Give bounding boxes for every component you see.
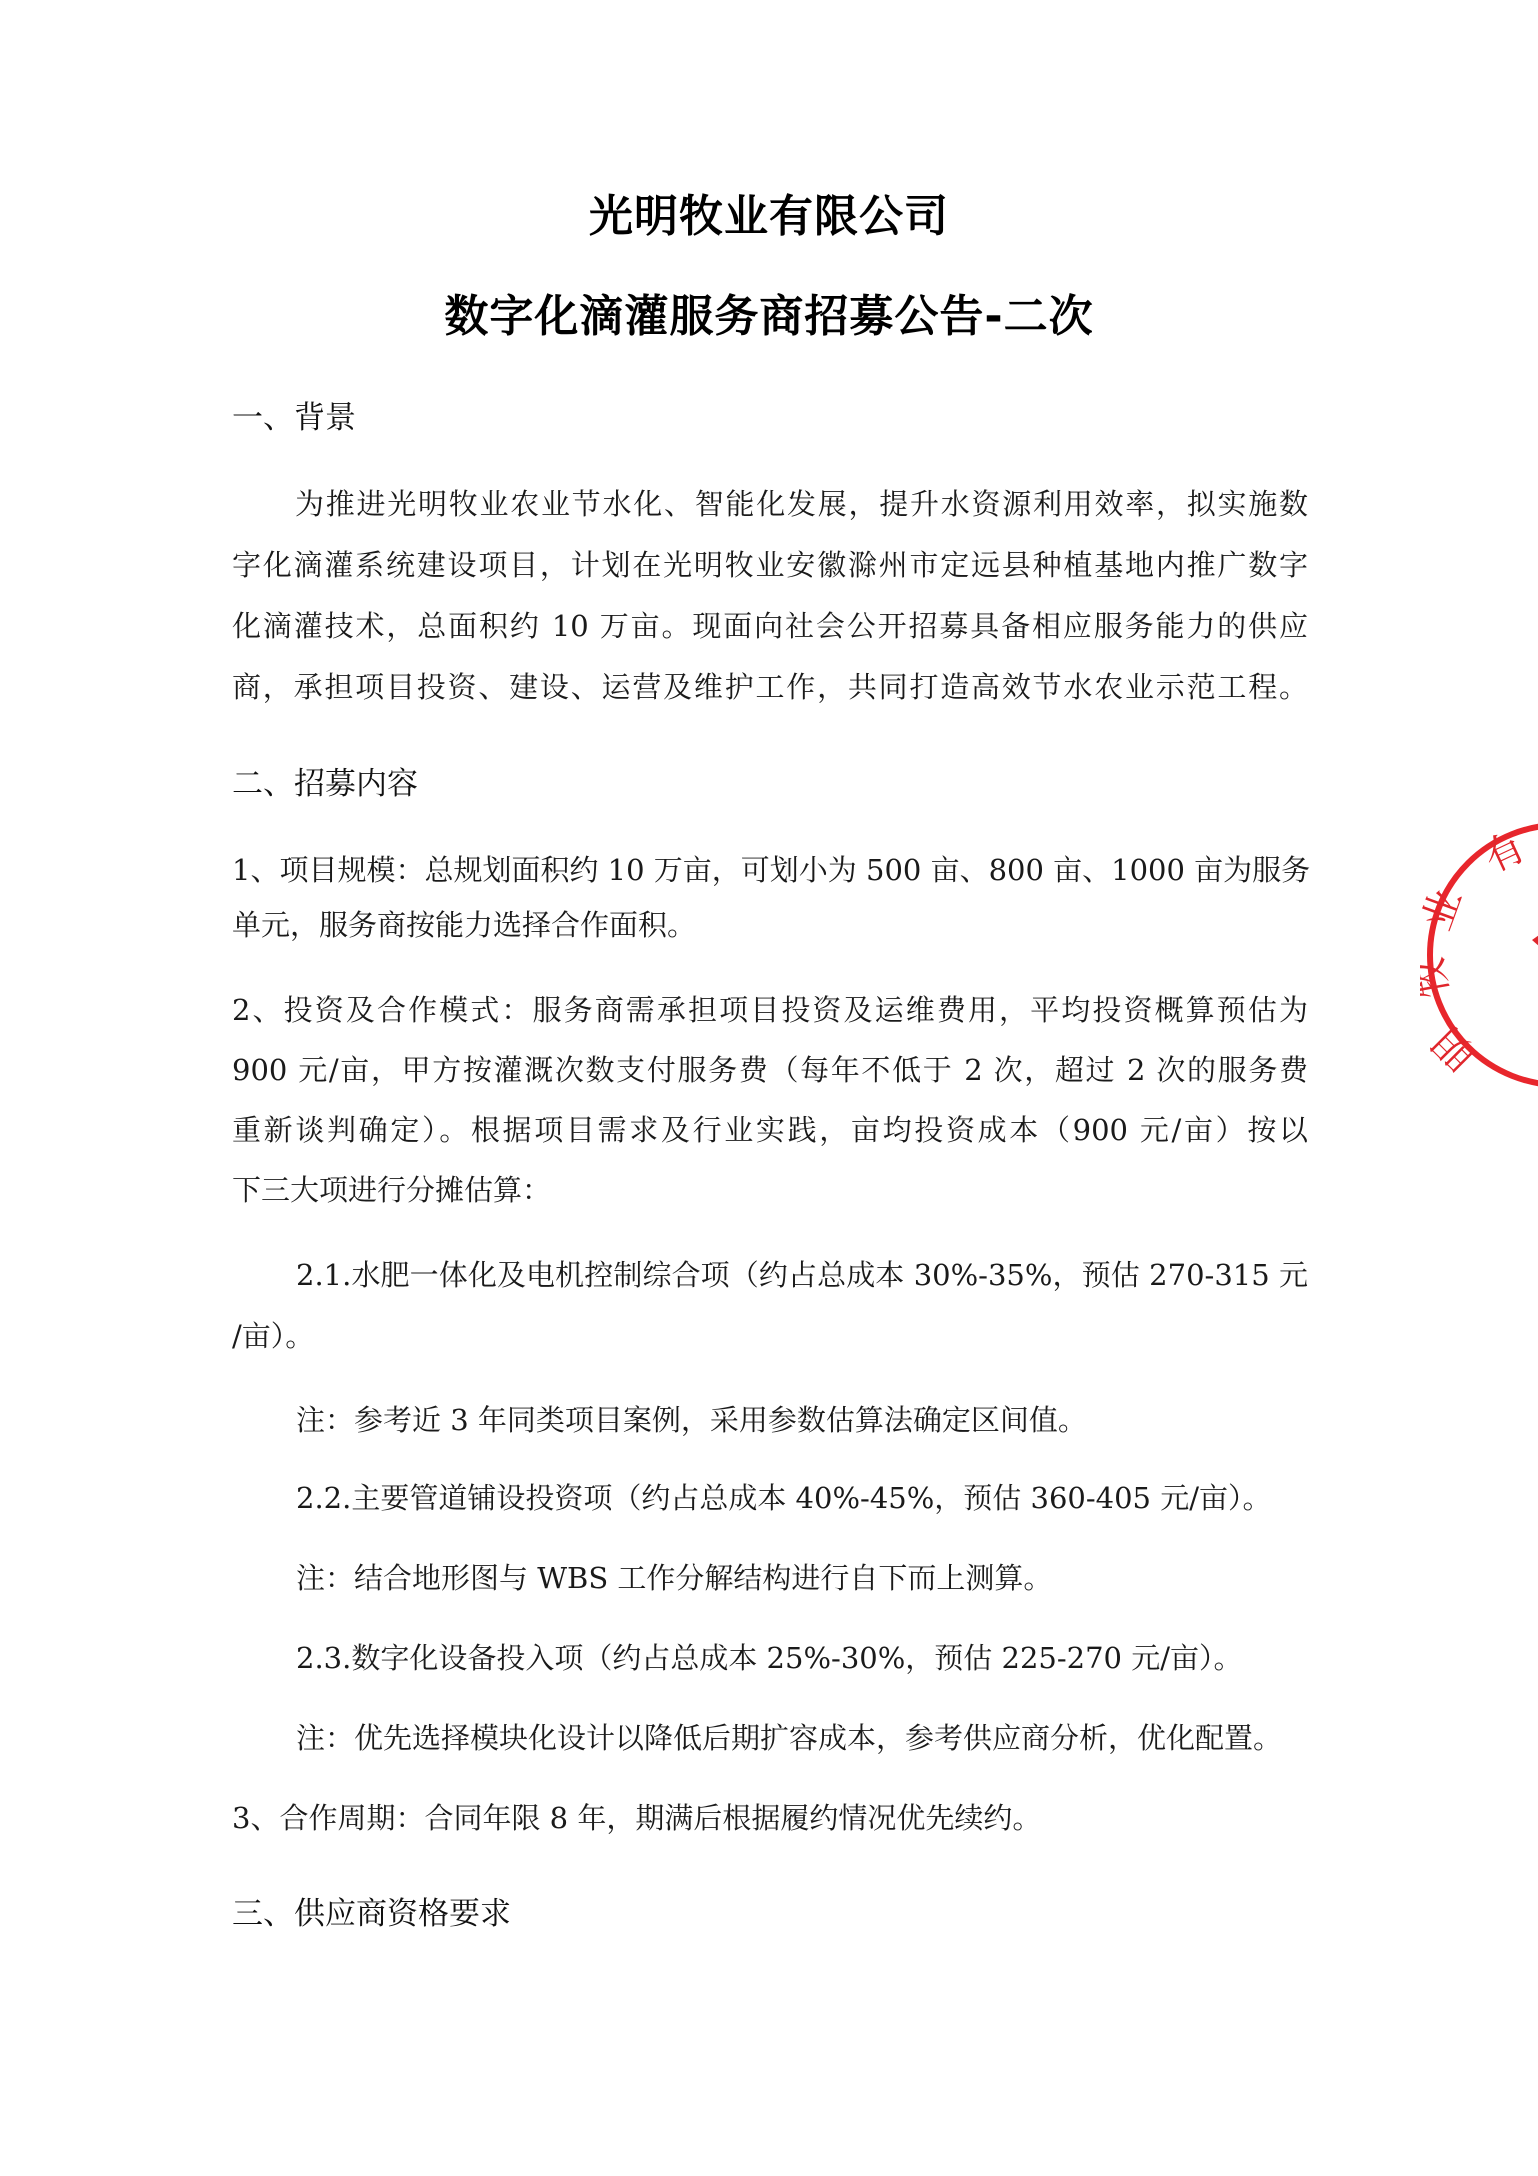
item-1-line: 单元，服务商按能力选择合作面积。 xyxy=(232,907,1308,943)
section-heading-qualifications: 三、供应商资格要求 xyxy=(232,1888,511,1933)
paragraph-line: 化滴灌技术，总面积约 10 万亩。现面向社会公开招募具备相应服务能力的供应 xyxy=(232,608,1308,644)
section-heading-recruitment: 二、招募内容 xyxy=(232,758,418,803)
note-2-3: 注：优先选择模块化设计以降低后期扩容成本，参考供应商分析，优化配置。 xyxy=(296,1720,1308,1756)
subitem-2-3: 2.3.数字化设备投入项（约占总成本 25%-30%，预估 225-270 元/… xyxy=(296,1640,1308,1676)
item-2-line: 900 元/亩，甲方按灌溉次数支付服务费（每年不低于 2 次，超过 2 次的服务… xyxy=(232,1052,1308,1088)
paragraph-line: 为推进光明牧业农业节水化、智能化发展，提升水资源利用效率，拟实施数 xyxy=(295,486,1308,522)
item-2-line: 重新谈判确定）。根据项目需求及行业实践，亩均投资成本（900 元/亩）按以 xyxy=(232,1112,1308,1148)
company-title: 光明牧业有限公司 xyxy=(0,180,1538,244)
paragraph-line: 字化滴灌系统建设项目，计划在光明牧业安徽滁州市定远县种植基地内推广数字 xyxy=(232,547,1308,583)
seal-char: 业 xyxy=(1420,883,1471,936)
seal-char: 牧 xyxy=(1420,954,1458,1001)
announcement-title: 数字化滴灌服务商招募公告-二次 xyxy=(0,280,1538,344)
subitem-2-2: 2.2.主要管道铺设投资项（约占总成本 40%-45%，预估 360-405 元… xyxy=(296,1480,1308,1516)
subitem-2-1-line: 2.1.水肥一体化及电机控制综合项（约占总成本 30%-35%，预估 270-3… xyxy=(296,1257,1308,1293)
paragraph-line: 商，承担项目投资、建设、运营及维护工作，共同打造高效节水农业示范工程。 xyxy=(232,669,1308,705)
item-3: 3、合作周期：合同年限 8 年，期满后根据履约情况优先续约。 xyxy=(232,1800,1308,1836)
note-2-1: 注：参考近 3 年同类项目案例，采用参数估算法确定区间值。 xyxy=(296,1402,1308,1438)
item-2-line: 下三大项进行分摊估算： xyxy=(232,1172,1308,1208)
company-seal-icon: 有 业 牧 明 xyxy=(1420,815,1538,1095)
seal-char: 明 xyxy=(1424,1018,1485,1079)
subitem-2-1-line: /亩）。 xyxy=(232,1318,1308,1354)
item-2-line: 2、投资及合作模式：服务商需承担项目投资及运维费用，平均投资概算预估为 xyxy=(232,992,1308,1028)
document-page: 光明牧业有限公司 数字化滴灌服务商招募公告-二次 一、背景 为推进光明牧业农业节… xyxy=(0,0,1538,2176)
item-1-line: 1、项目规模：总规划面积约 10 万亩，可划小为 500 亩、800 亩、100… xyxy=(232,852,1308,888)
section-heading-background: 一、背景 xyxy=(232,392,356,437)
note-2-2: 注：结合地形图与 WBS 工作分解结构进行自下而上测算。 xyxy=(296,1560,1308,1596)
